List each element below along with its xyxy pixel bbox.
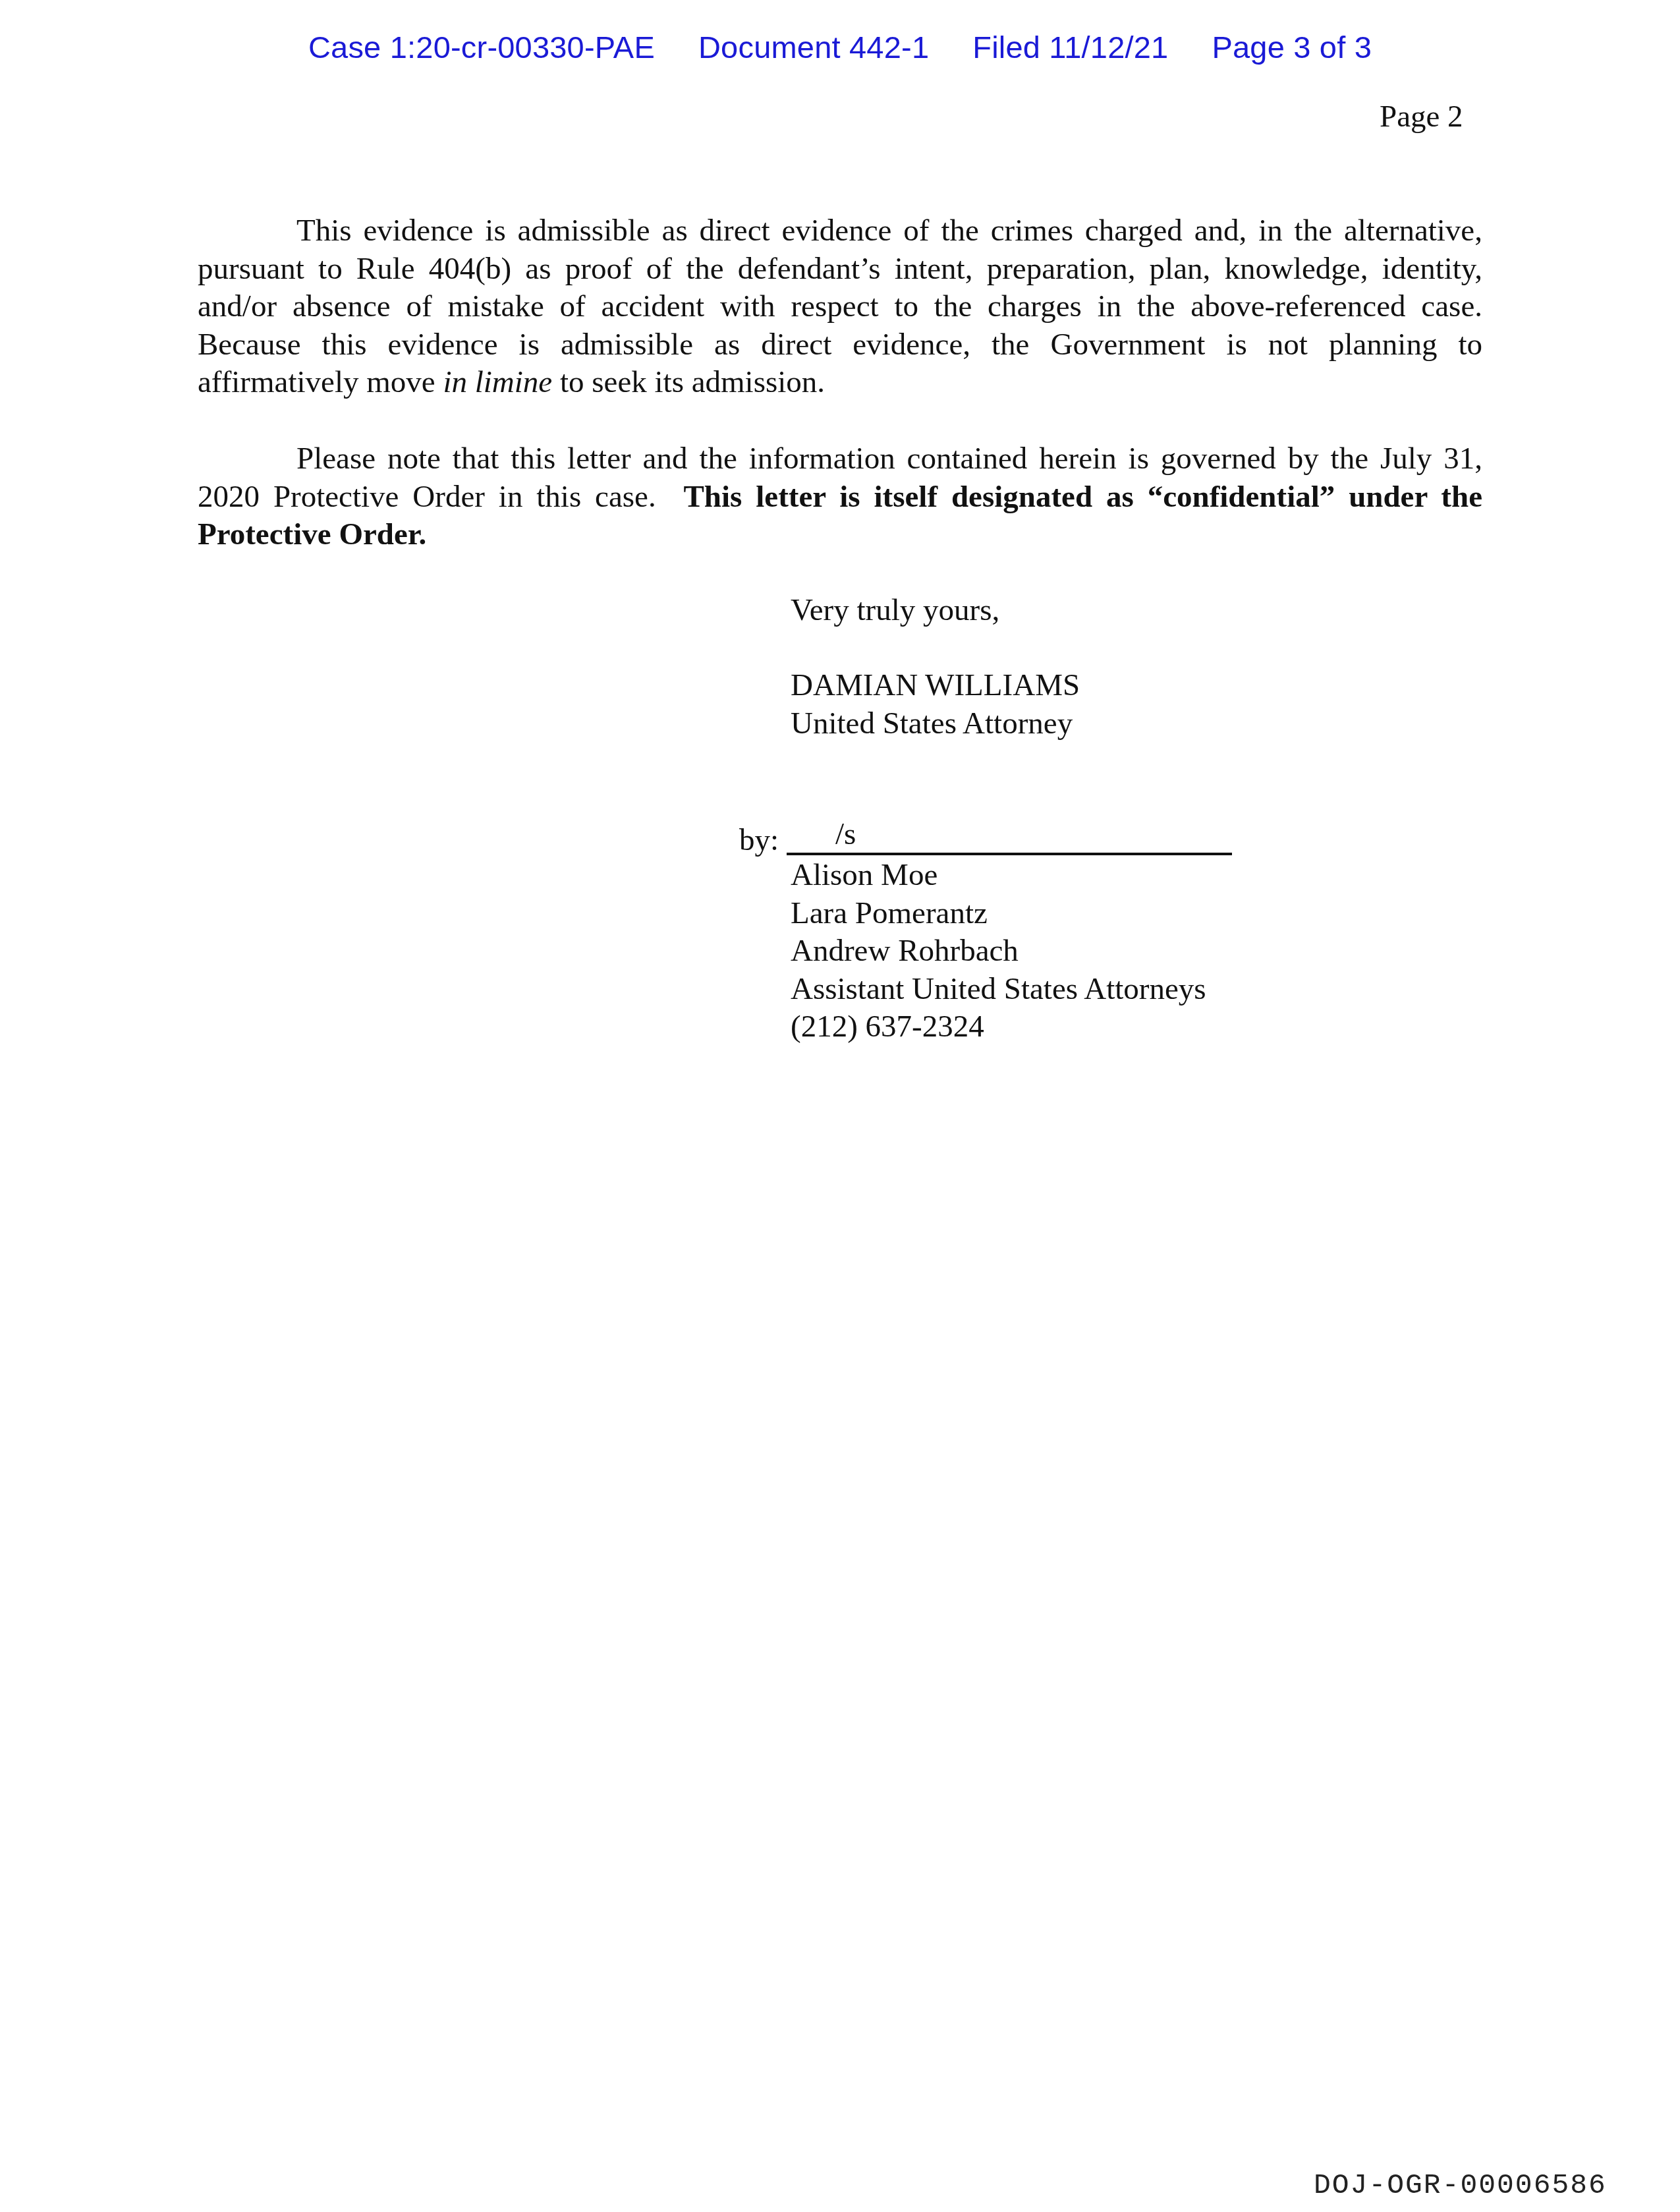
page-count: Page 3 of 3	[1212, 30, 1372, 65]
paragraph-line: 2020 Protective Order in this case. This…	[198, 478, 1482, 517]
signer-name: Alison Moe	[791, 857, 1206, 895]
paragraph-line: Because this evidence is admissible as d…	[198, 326, 1482, 364]
signers-block: Alison Moe Lara Pomerantz Andrew Rohrbac…	[791, 857, 1206, 1046]
paragraph-line: Protective Order.	[198, 516, 1482, 554]
paragraph-line: pursuant to Rule 404(b) as proof of the …	[198, 250, 1482, 289]
paragraph-line: This evidence is admissible as direct ev…	[198, 212, 1482, 250]
us-attorney-block: DAMIAN WILLIAMS United States Attorney	[791, 667, 1080, 743]
paragraph-line: Please note that this letter and the inf…	[198, 440, 1482, 478]
us-attorney-name: DAMIAN WILLIAMS	[791, 667, 1080, 705]
document-page: Case 1:20-cr-00330-PAEDocument 442-1File…	[0, 0, 1680, 2212]
paragraph-line: affirmatively move in limine to seek its…	[198, 364, 1482, 402]
closing-salutation: Very truly yours,	[791, 592, 999, 630]
filed-date: Filed 11/12/21	[972, 30, 1168, 65]
confidential-designation: This letter is itself designated as “con…	[684, 480, 1483, 514]
paragraph-admissibility: This evidence is admissible as direct ev…	[198, 212, 1482, 402]
signature-line-row: by:/s	[739, 820, 1232, 860]
by-label: by:	[739, 823, 779, 857]
ecf-filing-header: Case 1:20-cr-00330-PAEDocument 442-1File…	[0, 29, 1680, 65]
signature-line: /s	[787, 820, 1232, 855]
letter-page-number: Page 2	[1380, 99, 1463, 134]
phone-number: (212) 637-2324	[791, 1008, 1206, 1046]
signers-title: Assistant United States Attorneys	[791, 971, 1206, 1009]
latin-term: in limine	[443, 365, 552, 399]
electronic-signature: /s	[835, 816, 856, 854]
us-attorney-title: United States Attorney	[791, 705, 1080, 743]
case-number: Case 1:20-cr-00330-PAE	[308, 30, 655, 65]
paragraph-line: and/or absence of mistake of accident wi…	[198, 288, 1482, 326]
paragraph-protective-order: Please note that this letter and the inf…	[198, 440, 1482, 554]
signer-name: Andrew Rohrbach	[791, 932, 1206, 971]
document-number: Document 442-1	[698, 30, 929, 65]
signer-name: Lara Pomerantz	[791, 895, 1206, 933]
bates-number: DOJ-OGR-00006586	[1314, 2169, 1607, 2201]
